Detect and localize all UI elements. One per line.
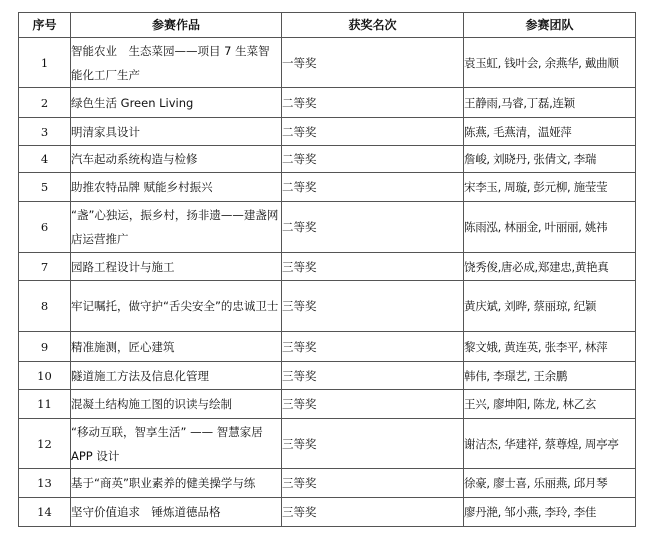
award-rank: 二等奖 xyxy=(282,118,464,146)
table-row: 13 基于“商英”职业素养的健美操学与练 三等奖 徐豪, 廖士喜, 乐丽燕, 邱… xyxy=(19,469,636,498)
row-number: 9 xyxy=(19,332,71,362)
award-rank: 三等奖 xyxy=(282,362,464,390)
table-row: 9 精准施测，匠心建筑 三等奖 黎文娥, 黄连英, 张李平, 林萍 xyxy=(19,332,636,362)
work-title: 绿色生活 Green Living xyxy=(71,88,282,118)
table-row: 6 “盏”心独运，振乡村，扬非遗——建盏网店运营推广 二等奖 陈雨泓, 林丽金,… xyxy=(19,202,636,253)
award-rank: 三等奖 xyxy=(282,281,464,332)
award-rank: 三等奖 xyxy=(282,498,464,527)
header-award: 获奖名次 xyxy=(282,13,464,38)
table-row: 8 牢记嘱托，做守护“舌尖安全”的忠诚卫士 三等奖 黄庆斌, 刘晔, 蔡丽琼, … xyxy=(19,281,636,332)
table-row: 2 绿色生活 Green Living 二等奖 王静雨,马睿,丁磊,连颖 xyxy=(19,88,636,118)
row-number: 4 xyxy=(19,146,71,173)
work-title: 智能农业 生态菜园——项目 7 生菜智能化工厂生产 xyxy=(71,38,282,88)
row-number: 12 xyxy=(19,419,71,469)
table-row: 1 智能农业 生态菜园——项目 7 生菜智能化工厂生产 一等奖 袁玉虹, 钱叶会… xyxy=(19,38,636,88)
team-members: 陈燕, 毛燕清，温娅萍 xyxy=(464,118,636,146)
row-number: 11 xyxy=(19,390,71,419)
row-number: 7 xyxy=(19,253,71,281)
team-members: 谢洁杰, 华建祥, 蔡尊煌, 周亭亭 xyxy=(464,419,636,469)
table-row: 14 坚守价值追求 锤炼道德品格 三等奖 廖丹滟, 邹小燕, 李玲, 李佳 xyxy=(19,498,636,527)
award-rank: 三等奖 xyxy=(282,390,464,419)
row-number: 8 xyxy=(19,281,71,332)
team-members: 黄庆斌, 刘晔, 蔡丽琼, 纪颖 xyxy=(464,281,636,332)
team-members: 饶秀俊,唐必成,郑建忠,黄艳真 xyxy=(464,253,636,281)
team-members: 韩伟, 李璟艺, 王余鹏 xyxy=(464,362,636,390)
row-number: 13 xyxy=(19,469,71,498)
table-row: 7 园路工程设计与施工 三等奖 饶秀俊,唐必成,郑建忠,黄艳真 xyxy=(19,253,636,281)
award-rank: 三等奖 xyxy=(282,332,464,362)
table-row: 4 汽车起动系统构造与检修 二等奖 詹峻, 刘晓丹, 张倩文, 李瑞 xyxy=(19,146,636,173)
work-title: 牢记嘱托，做守护“舌尖安全”的忠诚卫士 xyxy=(71,281,282,332)
award-rank: 二等奖 xyxy=(282,173,464,202)
work-title: 精准施测，匠心建筑 xyxy=(71,332,282,362)
team-members: 詹峻, 刘晓丹, 张倩文, 李瑞 xyxy=(464,146,636,173)
table-row: 5 助推农特品牌 赋能乡村振兴 二等奖 宋李玉, 周璇, 彭元柳, 施莹莹 xyxy=(19,173,636,202)
work-title: 混凝土结构施工图的识读与绘制 xyxy=(71,390,282,419)
team-members: 黎文娥, 黄连英, 张李平, 林萍 xyxy=(464,332,636,362)
team-members: 廖丹滟, 邹小燕, 李玲, 李佳 xyxy=(464,498,636,527)
row-number: 10 xyxy=(19,362,71,390)
table-row: 12 “移动互联，智享生活” —— 智慧家居 APP 设计 三等奖 谢洁杰, 华… xyxy=(19,419,636,469)
work-title: 园路工程设计与施工 xyxy=(71,253,282,281)
header-work: 参赛作品 xyxy=(71,13,282,38)
award-rank: 二等奖 xyxy=(282,146,464,173)
table-header-row: 序号 参赛作品 获奖名次 参赛团队 xyxy=(19,13,636,38)
row-number: 3 xyxy=(19,118,71,146)
row-number: 14 xyxy=(19,498,71,527)
award-rank: 二等奖 xyxy=(282,202,464,253)
work-title: 坚守价值追求 锤炼道德品格 xyxy=(71,498,282,527)
award-rank: 一等奖 xyxy=(282,38,464,88)
row-number: 2 xyxy=(19,88,71,118)
team-members: 徐豪, 廖士喜, 乐丽燕, 邱月琴 xyxy=(464,469,636,498)
table-row: 11 混凝土结构施工图的识读与绘制 三等奖 王兴, 廖坤阳, 陈龙, 林乙玄 xyxy=(19,390,636,419)
header-number: 序号 xyxy=(19,13,71,38)
work-title: 隧道施工方法及信息化管理 xyxy=(71,362,282,390)
team-members: 王兴, 廖坤阳, 陈龙, 林乙玄 xyxy=(464,390,636,419)
award-rank: 三等奖 xyxy=(282,469,464,498)
work-title: 基于“商英”职业素养的健美操学与练 xyxy=(71,469,282,498)
table-row: 3 明清家具设计 二等奖 陈燕, 毛燕清，温娅萍 xyxy=(19,118,636,146)
award-rank: 三等奖 xyxy=(282,253,464,281)
work-title: 汽车起动系统构造与检修 xyxy=(71,146,282,173)
team-members: 宋李玉, 周璇, 彭元柳, 施莹莹 xyxy=(464,173,636,202)
team-members: 陈雨泓, 林丽金, 叶丽丽, 姚祎 xyxy=(464,202,636,253)
award-rank: 二等奖 xyxy=(282,88,464,118)
header-team: 参赛团队 xyxy=(464,13,636,38)
work-title: 助推农特品牌 赋能乡村振兴 xyxy=(71,173,282,202)
row-number: 1 xyxy=(19,38,71,88)
awards-table: 序号 参赛作品 获奖名次 参赛团队 1 智能农业 生态菜园——项目 7 生菜智能… xyxy=(18,12,636,527)
work-title: “盏”心独运，振乡村，扬非遗——建盏网店运营推广 xyxy=(71,202,282,253)
award-rank: 三等奖 xyxy=(282,419,464,469)
team-members: 袁玉虹, 钱叶会, 余燕华, 戴曲顺 xyxy=(464,38,636,88)
work-title: 明清家具设计 xyxy=(71,118,282,146)
row-number: 5 xyxy=(19,173,71,202)
row-number: 6 xyxy=(19,202,71,253)
team-members: 王静雨,马睿,丁磊,连颖 xyxy=(464,88,636,118)
table-row: 10 隧道施工方法及信息化管理 三等奖 韩伟, 李璟艺, 王余鹏 xyxy=(19,362,636,390)
work-title: “移动互联，智享生活” —— 智慧家居 APP 设计 xyxy=(71,419,282,469)
